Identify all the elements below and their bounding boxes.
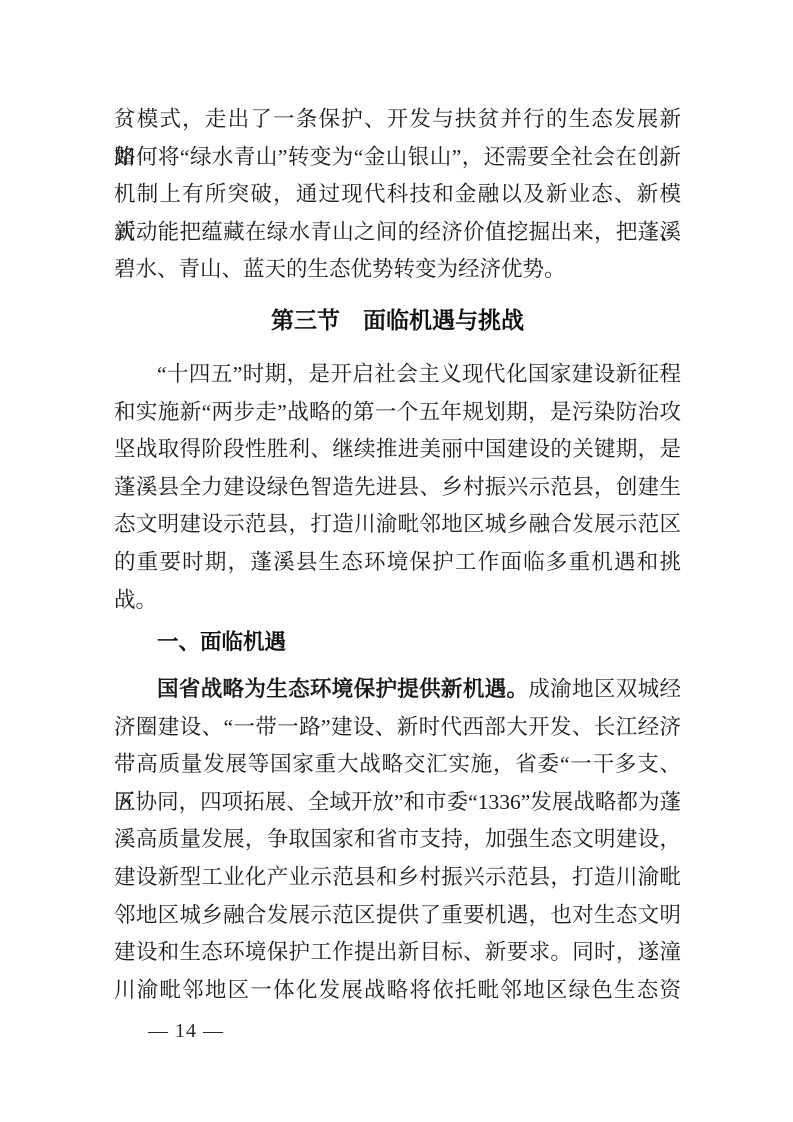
text-line: 如何将“绿水青山”转变为“金山银山”，还需要全社会在创新 [114,139,681,177]
text-line: “十四五”时期，是开启社会主义现代化国家建设新征程 [114,356,681,394]
paragraph-2: “十四五”时期，是开启社会主义现代化国家建设新征程 和实施新“两步走”战略的第一… [114,356,681,619]
text-line: 态文明建设示范县，打造川渝毗邻地区城乡融合发展示范区 [114,506,681,544]
subsection-heading: 一、面临机遇 [114,623,681,661]
text-line: 的重要时期，蓬溪县生态环境保护工作面临多重机遇和挑 [114,544,681,582]
text-line: 战。 [114,582,681,620]
text-line: 建设新型工业化产业示范县和乡村振兴示范县，打造川渝毗 [114,859,681,897]
text-line: 贫模式，走出了一条保护、开发与扶贫并行的生态发展新路。 [114,101,681,139]
text-line: 邻地区城乡融合发展示范区提供了重要机遇，也对生态文明 [114,897,681,935]
text-line: 新动能把蕴藏在绿水青山之间的经济价值挖掘出来，把蓬溪 [114,214,681,252]
text-line: 溪高质量发展，争取国家和省市支持，加强生态文明建设， [114,821,681,859]
paragraph-1: 贫模式，走出了一条保护、开发与扶贫并行的生态发展新路。 如何将“绿水青山”转变为… [114,101,681,289]
text-line: 蓬溪县全力建设绿色智造先进县、乡村振兴示范县，创建生 [114,469,681,507]
page-number: — 14 — [148,1019,224,1043]
text-line: 带高质量发展等国家重大战略交汇实施，省委“一干多支、五 [114,746,681,784]
text-line: 和实施新“两步走”战略的第一个五年规划期，是污染防治攻 [114,394,681,432]
text-line: 机制上有所突破，通过现代科技和金融以及新业态、新模式、 [114,176,681,214]
paragraph-lead-rest: 成渝地区双城经 [528,677,681,701]
text-line: 济圈建设、“一带一路”建设、新时代西部大开发、长江经济 [114,709,681,747]
text-line: 国省战略为生态环境保护提供新机遇。成渝地区双城经 [114,671,681,709]
text-line: 坚战取得阶段性胜利、继续推进美丽中国建设的关键期，是 [114,431,681,469]
paragraph-lead-bold: 国省战略为生态环境保护提供新机遇。 [157,677,528,701]
text-line: 区协同，四项拓展、全域开放”和市委“1336”发展战略都为蓬 [114,784,681,822]
text-line: 川渝毗邻地区一体化发展战略将依托毗邻地区绿色生态资 [114,972,681,1010]
section-heading: 第三节 面临机遇与挑战 [114,301,681,339]
text-line: 碧水、青山、蓝天的生态优势转变为经济优势。 [114,251,681,289]
document-page: 贫模式，走出了一条保护、开发与扶贫并行的生态发展新路。 如何将“绿水青山”转变为… [0,0,793,1122]
paragraph-3: 国省战略为生态环境保护提供新机遇。成渝地区双城经 济圈建设、“一带一路”建设、新… [114,671,681,1009]
text-line: 建设和生态环境保护工作提出新目标、新要求。同时，遂潼 [114,934,681,972]
